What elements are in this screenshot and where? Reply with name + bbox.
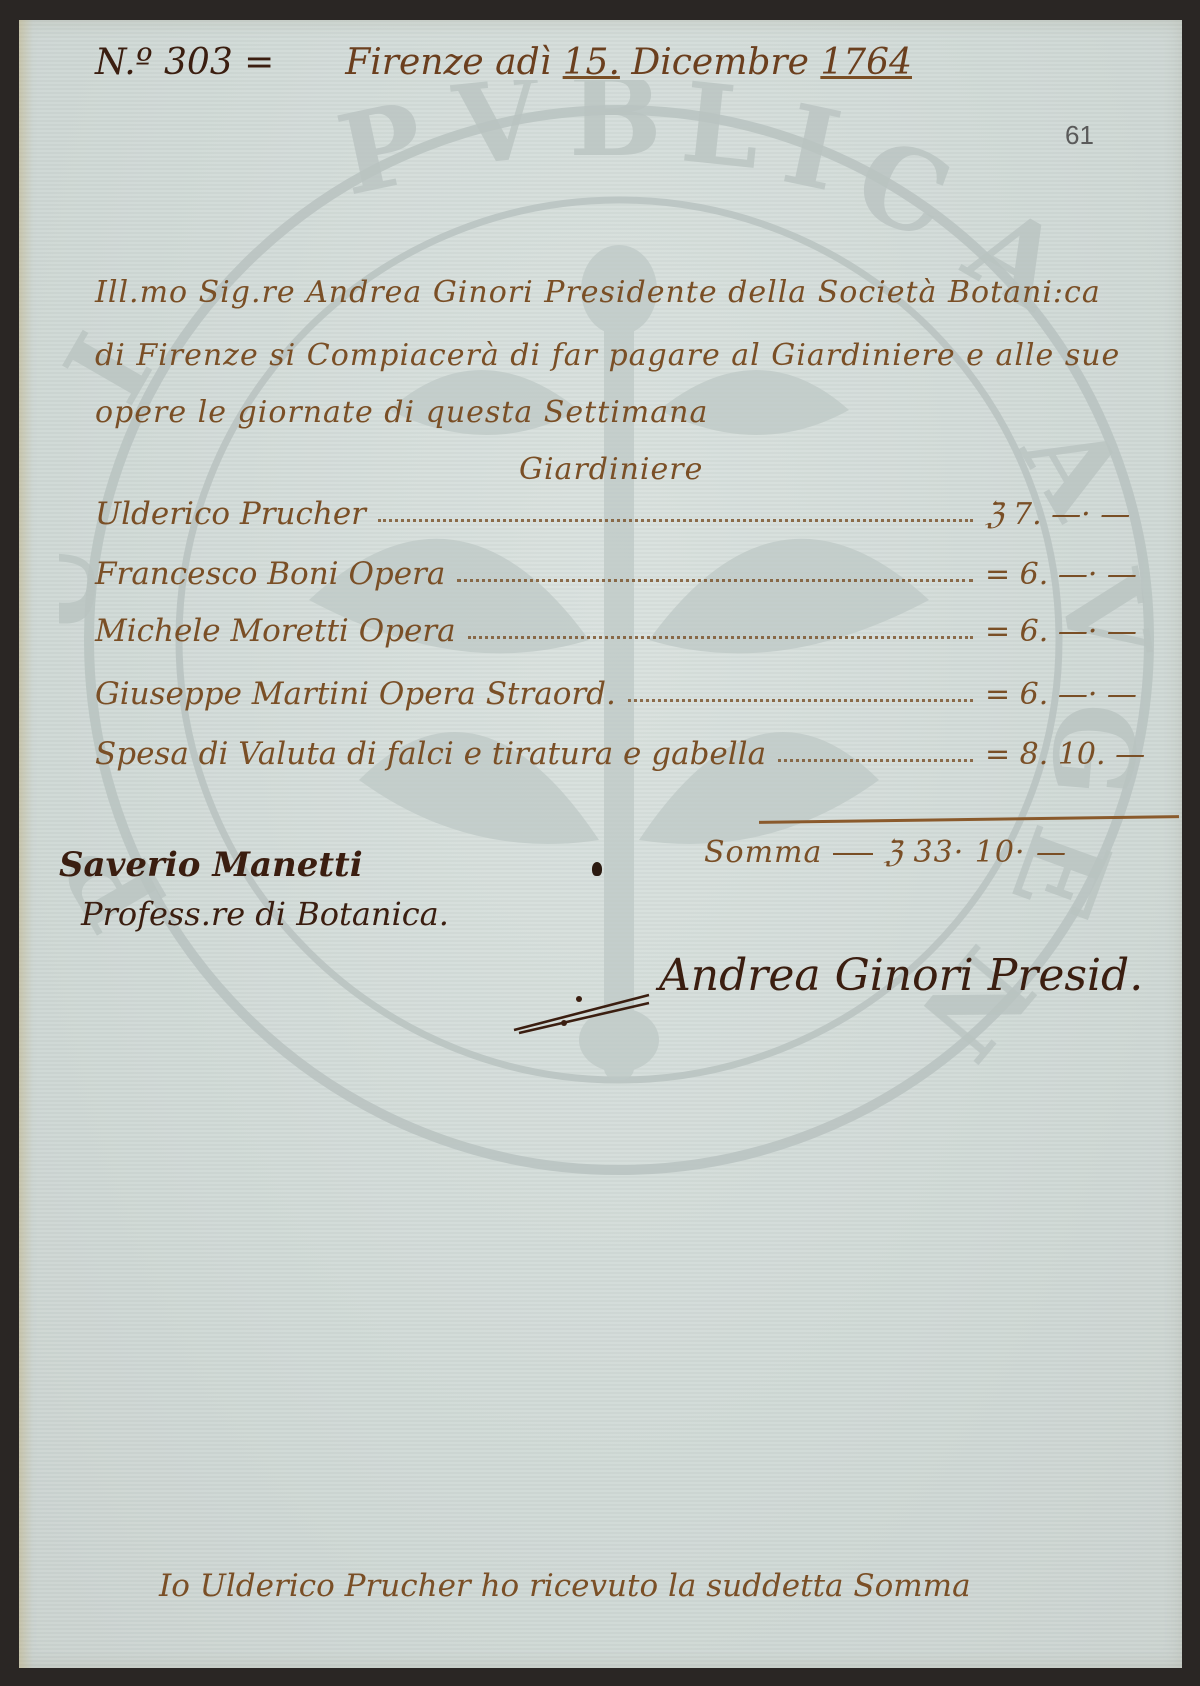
entry-name: Michele Moretti Opera xyxy=(95,613,456,649)
leader-dots xyxy=(457,578,973,582)
signature-flourish-icon xyxy=(509,985,659,1035)
document-header: N.º 303 = Firenze adì 15. Dicembre 1764 xyxy=(95,42,912,83)
receipt-line: Io Ulderico Prucher ho ricevuto la sudde… xyxy=(159,1568,971,1604)
payment-entry: Michele Moretti Opera = 6. —· — xyxy=(95,605,1155,649)
svg-text:E: E xyxy=(986,811,1136,934)
total-rule xyxy=(759,815,1179,824)
manuscript-page: P V B L I C A A V G E N I U P xyxy=(19,20,1182,1668)
entry-name: Giuseppe Martini Opera Straord. xyxy=(95,676,616,712)
address-line-2: di Firenze si Compiacerà di far pagare a… xyxy=(95,338,1120,373)
date-month: Dicembre xyxy=(631,42,809,83)
signature-president: Andrea Ginori Presid. xyxy=(659,950,1143,1001)
svg-text:C: C xyxy=(840,113,966,264)
entry-amount: = 6. —· — xyxy=(985,677,1155,712)
svg-text:P: P xyxy=(328,80,436,220)
entry-amount: ℨ 7. —· — xyxy=(985,497,1155,532)
date-day: 15. xyxy=(563,42,620,83)
entry-name: Ulderico Prucher xyxy=(95,496,366,532)
svg-text:L: L xyxy=(676,80,766,194)
address-line-1: Ill.mo Sig.re Andrea Ginori Presidente d… xyxy=(95,275,1101,310)
leader-dots xyxy=(468,635,973,639)
entry-name: Spesa di Valuta di falci e tiratura e ga… xyxy=(95,736,766,772)
document-number: N.º 303 = xyxy=(95,42,274,83)
place-date: Firenze adì xyxy=(345,42,551,83)
ink-blot xyxy=(592,862,602,876)
address-line-3: opere le giornate di questa Settimana xyxy=(95,395,708,430)
section-heading: Giardiniere xyxy=(519,452,703,487)
payment-entry: Francesco Boni Opera = 6. —· — xyxy=(95,548,1155,592)
leader-dots xyxy=(378,518,973,522)
payment-entry: Giuseppe Martini Opera Straord. = 6. —· … xyxy=(95,668,1155,712)
leader-dots xyxy=(778,758,973,762)
payment-entry: Spesa di Valuta di falci e tiratura e ga… xyxy=(95,728,1155,772)
svg-text:I: I xyxy=(774,80,851,216)
svg-text:A: A xyxy=(945,180,1086,336)
signature-professor-title: Profess.re di Botanica. xyxy=(81,895,449,933)
total-amount: ℨ 33· 10· — xyxy=(884,835,1068,870)
leader-dots xyxy=(628,698,973,702)
folio-number: 61 xyxy=(1065,120,1094,151)
payment-entry: Ulderico Prucher ℨ 7. —· — xyxy=(95,488,1155,532)
total-row: Somma ℨ 33· 10· — xyxy=(704,835,1067,870)
entry-amount: = 8. 10. — xyxy=(985,737,1155,772)
entry-name: Francesco Boni Opera xyxy=(95,556,445,592)
svg-text:B: B xyxy=(569,80,662,181)
entry-amount: = 6. —· — xyxy=(985,557,1155,592)
entry-amount: = 6. —· — xyxy=(985,614,1155,649)
svg-text:V: V xyxy=(447,80,548,191)
svg-text:N: N xyxy=(894,923,1057,1083)
total-label: Somma xyxy=(704,835,822,870)
date-year: 1764 xyxy=(820,42,912,83)
signature-professor: Saverio Manetti xyxy=(59,845,363,885)
